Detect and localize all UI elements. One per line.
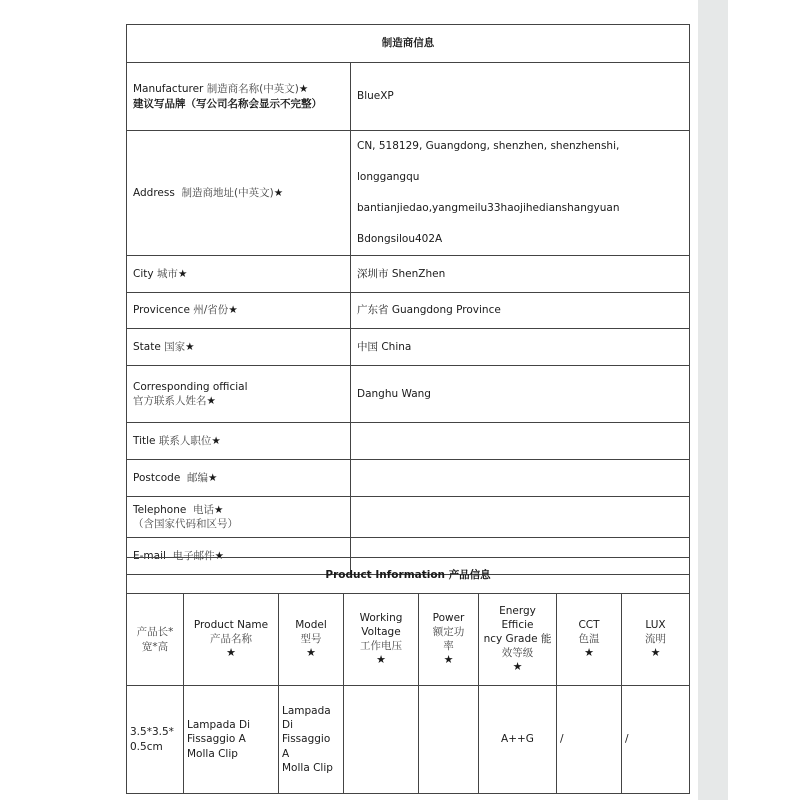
- cell-energy-grade: A++G: [479, 686, 557, 794]
- table-row: Corresponding official 官方联系人姓名★ Danghu W…: [127, 366, 690, 423]
- address-label: Address 制造商地址(中英文)★: [127, 131, 351, 256]
- province-value: 广东省 Guangdong Province: [351, 293, 690, 329]
- official-label: Corresponding official 官方联系人姓名★: [127, 366, 351, 423]
- required-star-icon: ★: [207, 395, 216, 407]
- header-working-voltage: Working Voltage 工作电压 ★: [344, 594, 419, 686]
- required-star-icon: ★: [422, 653, 475, 668]
- required-star-icon: ★: [299, 83, 308, 95]
- required-star-icon: ★: [282, 646, 340, 661]
- official-value: Danghu Wang: [351, 366, 690, 423]
- cell-product-name: Lampada Di Fissaggio A Molla Clip: [184, 686, 279, 794]
- manufacturer-value: BlueXP: [351, 63, 690, 131]
- table-row: Telephone 电话★ （含国家代码和区号）: [127, 497, 690, 538]
- required-star-icon: ★: [482, 660, 553, 675]
- required-star-icon: ★: [228, 304, 237, 316]
- address-value: CN, 518129, Guangdong, shenzhen, shenzhe…: [351, 131, 690, 256]
- product-info-table: Product Information 产品信息 产品长* 宽*高 Produc…: [126, 557, 690, 794]
- telephone-label: Telephone 电话★ （含国家代码和区号）: [127, 497, 351, 538]
- document-page: 制造商信息 Manufacturer 制造商名称(中英文)★ 建议写品牌（写公司…: [0, 0, 698, 800]
- telephone-value: [351, 497, 690, 538]
- scrollbar-track[interactable]: [698, 0, 728, 800]
- table-row: Title 联系人职位★: [127, 423, 690, 460]
- postcode-label: Postcode 邮编★: [127, 460, 351, 497]
- state-value: 中国 China: [351, 329, 690, 366]
- header-lux: LUX 流明 ★: [622, 594, 690, 686]
- required-star-icon: ★: [185, 341, 194, 353]
- product-data-row: 3.5*3.5* 0.5cm Lampada Di Fissaggio A Mo…: [127, 686, 690, 794]
- table-row: Address 制造商地址(中英文)★ CN, 518129, Guangdon…: [127, 131, 690, 256]
- province-label: Provicence 州/省份★: [127, 293, 351, 329]
- table-row: Provicence 州/省份★ 广东省 Guangdong Province: [127, 293, 690, 329]
- required-star-icon: ★: [178, 268, 187, 280]
- header-cct: CCT 色温 ★: [557, 594, 622, 686]
- header-model: Model 型号 ★: [279, 594, 344, 686]
- required-star-icon: ★: [187, 646, 275, 661]
- postcode-value: [351, 460, 690, 497]
- manufacturer-note: 建议写品牌（写公司名称会显示不完整）: [133, 98, 322, 110]
- header-size: 产品长* 宽*高: [127, 594, 184, 686]
- required-star-icon: ★: [214, 504, 223, 516]
- cell-cct: /: [557, 686, 622, 794]
- state-label: State 国家★: [127, 329, 351, 366]
- table-row: State 国家★ 中国 China: [127, 329, 690, 366]
- header-product-name: Product Name 产品名称 ★: [184, 594, 279, 686]
- cell-power: [419, 686, 479, 794]
- required-star-icon: ★: [208, 472, 217, 484]
- required-star-icon: ★: [347, 653, 415, 668]
- cell-model: Lampada Di Fissaggio A Molla Clip: [279, 686, 344, 794]
- table-row: Manufacturer 制造商名称(中英文)★ 建议写品牌（写公司名称会显示不…: [127, 63, 690, 131]
- cell-voltage: [344, 686, 419, 794]
- required-star-icon: ★: [625, 646, 686, 661]
- manufacturer-label: Manufacturer 制造商名称(中英文)★ 建议写品牌（写公司名称会显示不…: [127, 63, 351, 131]
- cell-size: 3.5*3.5* 0.5cm: [127, 686, 184, 794]
- required-star-icon: ★: [211, 435, 220, 447]
- manufacturer-section-title: 制造商信息: [127, 25, 690, 63]
- table-row: City 城市★ 深圳市 ShenZhen: [127, 256, 690, 293]
- title-label: Title 联系人职位★: [127, 423, 351, 460]
- header-energy-grade: Energy Efficie ncy Grade 能 效等级 ★: [479, 594, 557, 686]
- header-power: Power 额定功 率 ★: [419, 594, 479, 686]
- title-value: [351, 423, 690, 460]
- required-star-icon: ★: [560, 646, 618, 661]
- city-label: City 城市★: [127, 256, 351, 293]
- telephone-note: （含国家代码和区号）: [133, 518, 238, 530]
- product-section-title: Product Information 产品信息: [127, 558, 690, 594]
- manufacturer-info-table: 制造商信息 Manufacturer 制造商名称(中英文)★ 建议写品牌（写公司…: [126, 24, 690, 575]
- product-header-row: 产品长* 宽*高 Product Name 产品名称 ★ Model 型号 ★ …: [127, 594, 690, 686]
- city-value: 深圳市 ShenZhen: [351, 256, 690, 293]
- required-star-icon: ★: [274, 187, 283, 199]
- table-row: Postcode 邮编★: [127, 460, 690, 497]
- cell-lux: /: [622, 686, 690, 794]
